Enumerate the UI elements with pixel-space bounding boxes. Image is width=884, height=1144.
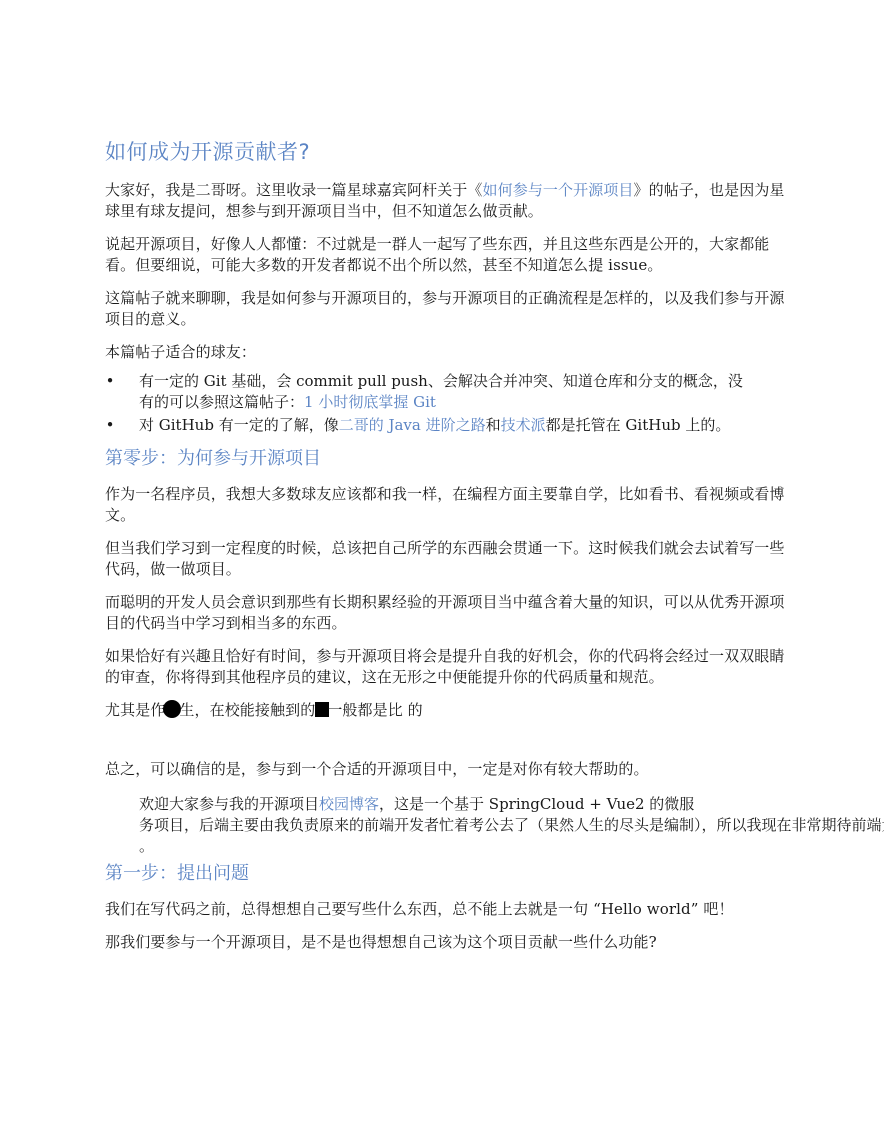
paragraph-text: 一般都是比 的 (327, 701, 422, 719)
blockquote-line: 务项目，后端主要由我负责原来的前端开发者忙着考公去了（果然人生的尽头是编制），所… (139, 815, 884, 836)
blockquote-text: 欢迎大家参与我的开源项目 (139, 795, 319, 813)
list-item-text: 和 (486, 416, 501, 434)
bullet-icon: • (105, 415, 115, 436)
link-git-tutorial[interactable]: 1 小时彻底掌握 Git (304, 393, 436, 411)
section0-paragraph-2: 但当我们学习到一定程度的时候，总该把自己所学的东西融会贯通一下。这时候我们就会去… (105, 538, 785, 580)
list-item-text: 都是托管在 GitHub 上的。 (546, 416, 731, 434)
intro-paragraph-3: 这篇帖子就来聊聊，我是如何参与开源项目的，参与开源项目的正确流程是怎样的，以及我… (105, 288, 785, 330)
section0-paragraph-4: 如果恰好有兴趣且恰好有时间，参与开源项目将会是提升自我的好机会，你的代码将会经过… (105, 646, 785, 688)
spacer (105, 733, 785, 759)
list-item-text: 对 GitHub 有一定的了解，像 (139, 416, 339, 434)
section1-paragraph-2: 那我们要参与一个开源项目，是不是也得想想自己该为这个项目贡献一些什么功能? (105, 932, 785, 953)
link-java-advanced-path[interactable]: 二哥的 Java 进阶之路 (339, 416, 486, 434)
intro-paragraph-1: 大家好，我是二哥呀。这里收录一篇星球嘉宾阿杆关于《如何参与一个开源项目》的帖子，… (105, 180, 785, 222)
section0-paragraph-3: 而聪明的开发人员会意识到那些有长期积累经验的开源项目当中蕴含着大量的知识，可以从… (105, 592, 785, 634)
section0-paragraph-1: 作为一名程序员，我想大多数球友应该都和我一样，在编程方面主要靠自学，比如看书、看… (105, 484, 785, 526)
document-page: 如何成为开源贡献者? 大家好，我是二哥呀。这里收录一篇星球嘉宾阿杆关于《如何参与… (105, 138, 785, 965)
bullet-icon: • (105, 371, 115, 392)
section1-paragraph-1: 我们在写代码之前，总得想想自己要写些什么东西，总不能上去就是一句 “Hello … (105, 899, 785, 920)
blockquote-text: ，这是一个基于 SpringCloud + Vue2 的微服 (379, 795, 694, 813)
intro-paragraph-2: 说起开源项目，好像人人都懂：不过就是一群人一起写了些东西，并且这些东西是公开的，… (105, 234, 785, 276)
intro-text: 大家好，我是二哥呀。这里收录一篇星球嘉宾阿杆关于《 (105, 181, 483, 199)
paragraph-text: 尤其是作 (105, 701, 165, 719)
list-item: • 有一定的 Git 基础，会 commit pull push、会解决合并冲突… (105, 371, 751, 413)
link-tech-pai[interactable]: 技术派 (501, 416, 546, 434)
list-item: • 对 GitHub 有一定的了解，像二哥的 Java 进阶之路和技术派都是托管… (105, 415, 751, 436)
section0-paragraph-5: 尤其是作生，在校能接触到的一般都是比 的 (105, 700, 785, 721)
link-how-to-join-open-source[interactable]: 如何参与一个开源项目 (483, 181, 634, 199)
link-campus-blog[interactable]: 校园博客 (319, 795, 379, 813)
page-title: 如何成为开源贡献者? (105, 138, 785, 166)
paragraph-text: 生，在校能接触到的 (179, 701, 315, 719)
section-heading-step-0: 第零步：为何参与开源项目 (105, 446, 785, 472)
promo-blockquote: 欢迎大家参与我的开源项目校园博客，这是一个基于 SpringCloud + Vu… (139, 794, 884, 857)
blockquote-line: 欢迎大家参与我的开源项目校园博客，这是一个基于 SpringCloud + Vu… (139, 794, 884, 815)
intro-paragraph-4: 本篇帖子适合的球友： (105, 342, 785, 363)
section0-paragraph-6: 总之，可以确信的是，参与到一个合适的开源项目中，一定是对你有较大帮助的。 (105, 759, 785, 780)
audience-list: • 有一定的 Git 基础，会 commit pull push、会解决合并冲突… (105, 371, 785, 436)
section-heading-step-1: 第一步：提出问题 (105, 861, 785, 887)
list-item-text: 有一定的 Git 基础，会 commit pull push、会解决合并冲突、知… (139, 372, 743, 411)
blockquote-line: 。 (139, 836, 884, 857)
